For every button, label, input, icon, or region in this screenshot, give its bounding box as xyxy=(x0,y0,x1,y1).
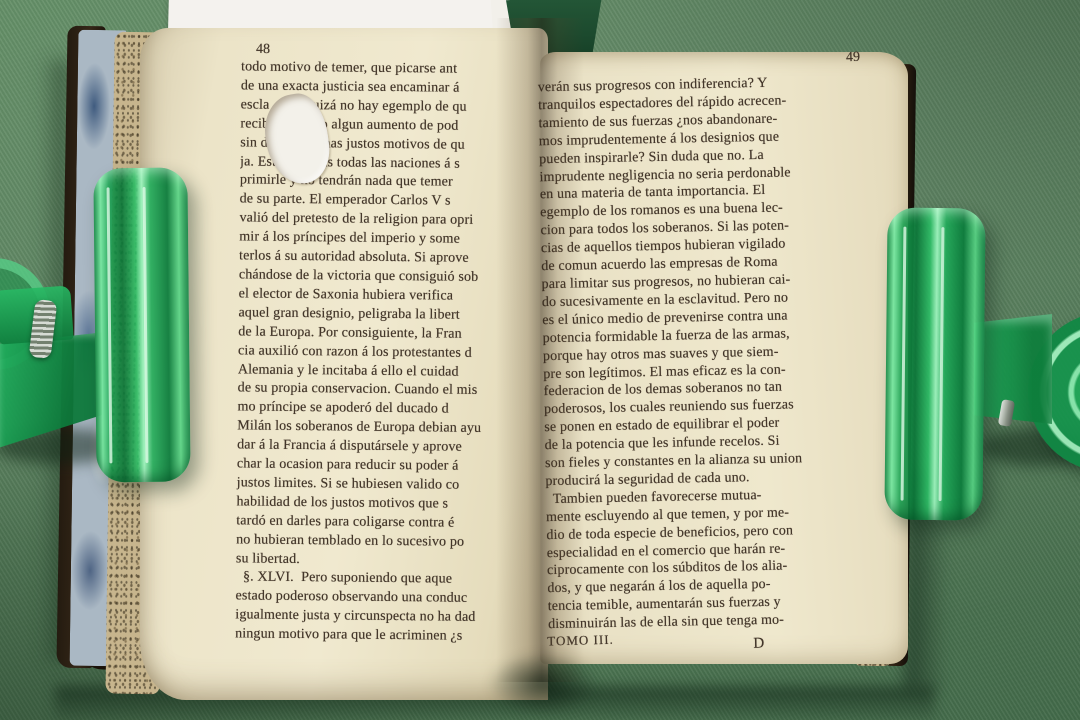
page-49-text: verán sus progresos con indiferencia? Yt… xyxy=(538,73,879,639)
text-line: cia auxilió con razon á los protestantes… xyxy=(238,342,548,364)
page-number-49: 49 xyxy=(846,50,861,66)
volume-label: TOMO III. xyxy=(547,632,614,650)
text-line: ningun motivo para que le acriminen ¿s xyxy=(235,626,545,648)
clip-highlight xyxy=(938,227,944,502)
clip-highlight xyxy=(107,187,113,463)
right-clip-bar xyxy=(884,207,985,520)
signature-mark: D xyxy=(753,635,764,652)
clip-highlight xyxy=(142,187,148,463)
book-photograph: 48 todo motivo de temer, que picarse ant… xyxy=(0,0,1080,720)
clip-highlight xyxy=(900,226,906,501)
left-clip-bar xyxy=(93,168,190,483)
page-number-48: 48 xyxy=(256,42,270,58)
gutter-bottom-shadow xyxy=(488,652,598,716)
